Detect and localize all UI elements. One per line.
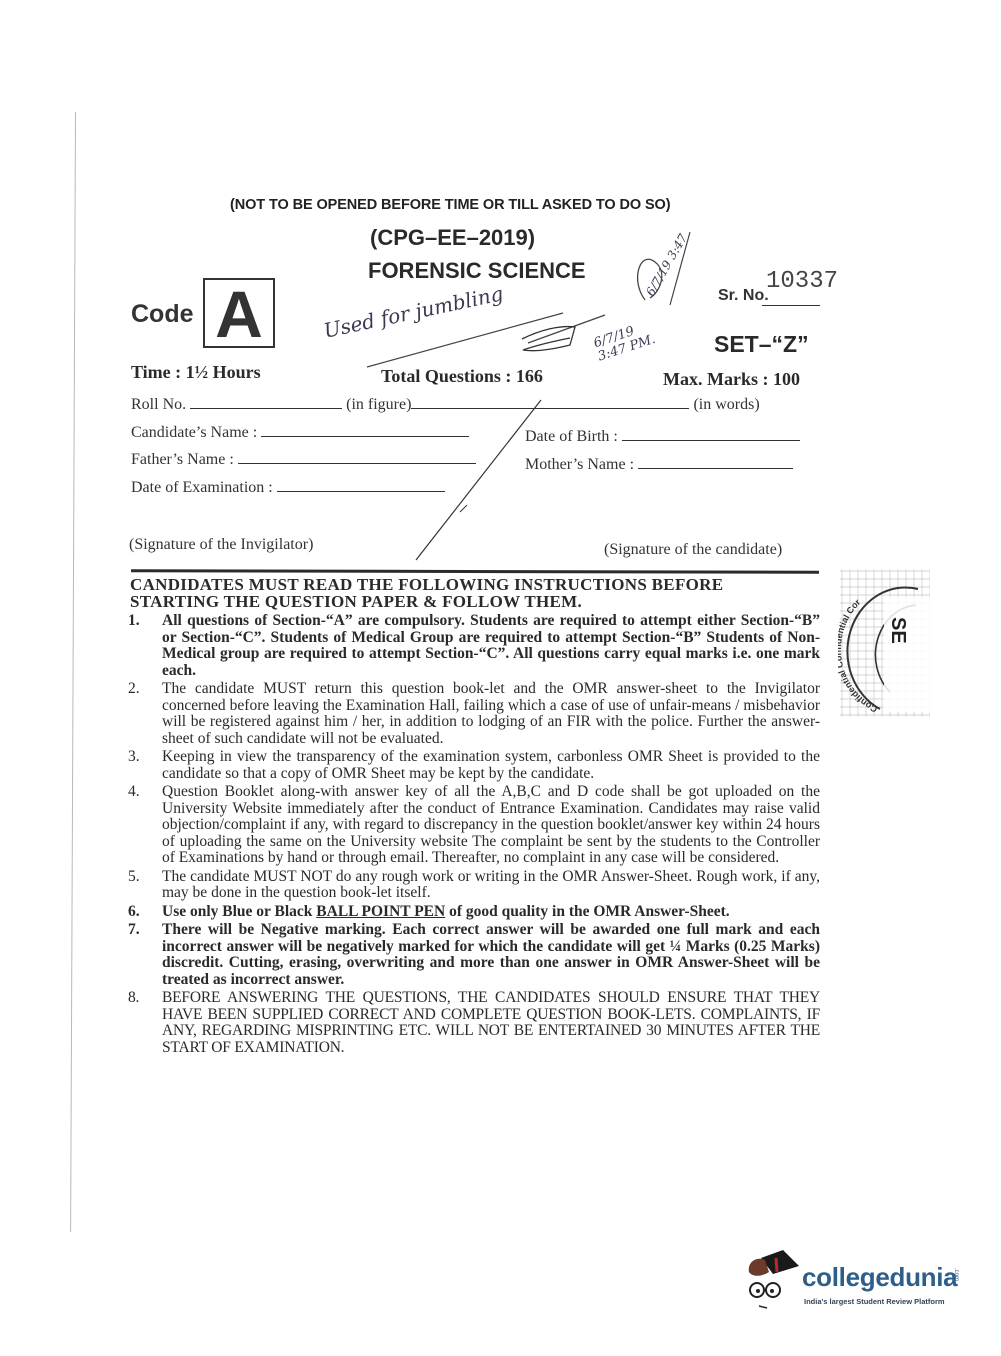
instructions-heading-line2: STARTING THE QUESTION PAPER & FOLLOW THE… — [130, 593, 822, 610]
item-number: 1. — [128, 613, 140, 630]
item-number: 4. — [128, 784, 140, 801]
item-text: The candidate MUST NOT do any rough work… — [162, 868, 820, 902]
confidential-stamp: Confidential Confidential Cor SE — [838, 567, 933, 717]
item-number: 8. — [128, 990, 139, 1007]
item-number: 7. — [128, 922, 140, 939]
watermark-domain-suffix: .com — [953, 1268, 959, 1281]
collegedunia-mascot-icon — [743, 1250, 803, 1316]
instruction-item: 6.Use only Blue or Black BALL POINT PEN … — [130, 904, 820, 921]
instruction-item: 4.Question Booklet along-with answer key… — [130, 784, 820, 867]
instruction-item: 5.The candidate MUST NOT do any rough wo… — [130, 869, 820, 902]
instruction-item: 7.There will be Negative marking. Each c… — [130, 922, 820, 988]
item-text: All questions of Section-“A” are compuls… — [162, 612, 820, 679]
item-text: There will be Negative marking. Each cor… — [162, 921, 820, 988]
instruction-item: 2.The candidate MUST return this questio… — [130, 681, 820, 747]
instruction-item: 3.Keeping in view the transparency of th… — [130, 749, 820, 782]
instruction-item: 1.All questions of Section-“A” are compu… — [130, 613, 820, 679]
instructions-heading: CANDIDATES MUST READ THE FOLLOWING INSTR… — [130, 576, 822, 610]
svg-text:SE: SE — [887, 617, 909, 644]
instructions-heading-line1: CANDIDATES MUST READ THE FOLLOWING INSTR… — [130, 576, 822, 593]
instructions-list: 1.All questions of Section-“A” are compu… — [130, 613, 820, 1058]
item-text: Question Booklet along-with answer key o… — [162, 783, 820, 866]
watermark-brand: collegedunia — [802, 1262, 957, 1293]
item-text: of good quality in the OMR Answer-Sheet. — [445, 903, 729, 920]
instruction-item: 8.BEFORE ANSWERING THE QUESTIONS, THE CA… — [130, 990, 820, 1056]
item-number: 6. — [128, 904, 140, 921]
item-text: Keeping in view the transparency of the … — [162, 748, 820, 782]
item-number: 3. — [128, 749, 140, 766]
item-text: The candidate MUST return this question … — [162, 680, 820, 747]
item-number: 5. — [128, 869, 140, 886]
item-number: 2. — [128, 681, 140, 698]
item-text: BEFORE ANSWERING THE QUESTIONS, THE CAND… — [162, 989, 820, 1056]
item-text-underlined: BALL POINT PEN — [316, 903, 445, 920]
item-text: Use only Blue or Black — [162, 903, 316, 920]
watermark-tagline: India's largest Student Review Platform — [804, 1297, 945, 1306]
